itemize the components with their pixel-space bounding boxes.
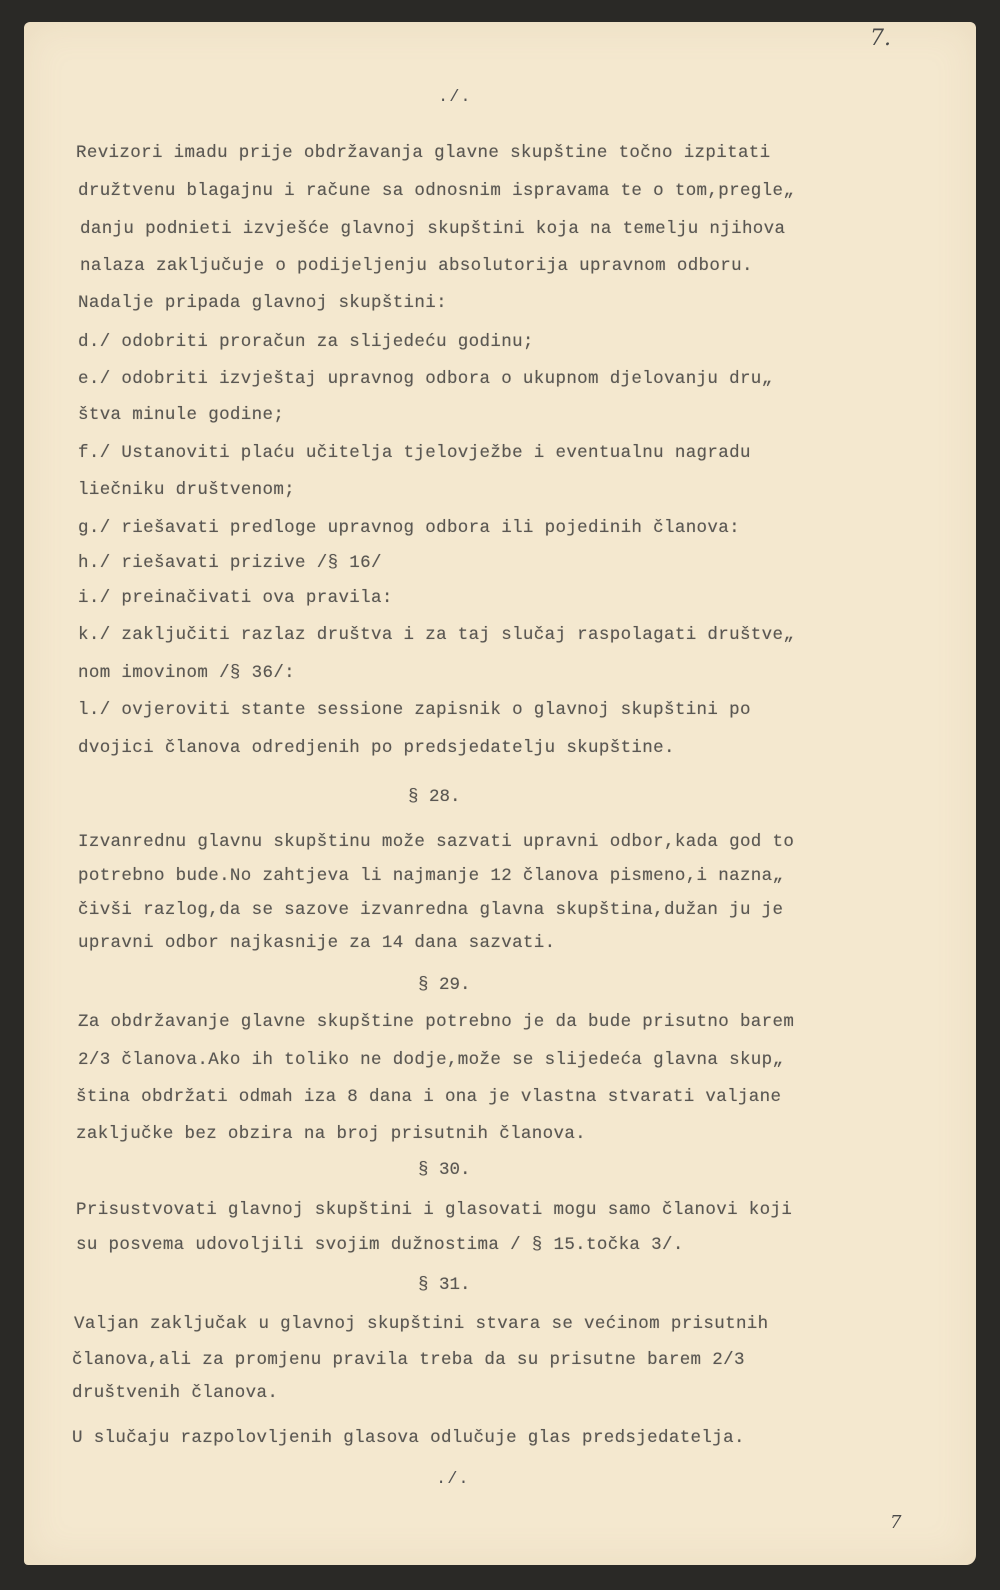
intro-line: danju podnieti izvješće glavnoj skupštin… (80, 219, 785, 239)
intro-line: družtvenu blagajnu i račune sa odnosnim … (78, 181, 794, 201)
section-29-line: zaključke bez obzira na broj prisutnih č… (76, 1124, 586, 1144)
item-e: e./ odobriti izvještaj upravnog odbora o… (78, 369, 773, 389)
item-l: l./ ovjeroviti stante sessione zapisnik … (78, 700, 751, 720)
item-k: k./ zaključiti razlaz društva i za taj s… (78, 625, 794, 645)
section-30-line: Prisustvovati glavnoj skupštini i glasov… (76, 1200, 792, 1220)
item-k-cont: nom imovinom /§ 36/: (78, 663, 295, 683)
section-28-line: potrebno bude.No zahtjeva li najmanje 12… (78, 866, 783, 886)
section-heading-31: § 31. (418, 1275, 471, 1295)
item-h: h./ riešavati prizive /§ 16/ (78, 553, 382, 573)
section-heading-30: § 30. (418, 1160, 471, 1180)
intro-line: Revizori imadu prije obdržavanja glavne … (76, 143, 771, 163)
continuation-mark-bottom: ./. (436, 1470, 470, 1489)
item-l-cont: dvojici članova odredjenih po predsjedat… (78, 738, 675, 758)
section-heading-28: § 28. (408, 787, 461, 807)
page-number-top: 7. (870, 26, 891, 51)
section-31-line: društvenih članova. (72, 1383, 278, 1403)
section-30-line: su posvema udovoljili svojim dužnostima … (76, 1235, 684, 1255)
section-29-line: Za obdržavanje glavne skupštine potrebno… (78, 1012, 794, 1032)
item-g: g./ riešavati predloge upravnog odbora i… (78, 518, 740, 538)
section-31-line: članova,ali za promjenu pravila treba da… (72, 1350, 745, 1370)
section-29-line: 2/3 članova.Ako ih toliko ne dodje,može … (78, 1050, 783, 1070)
item-f: f./ Ustanoviti plaću učitelja tjelovježb… (78, 443, 751, 463)
section-29-line: ština obdržati odmah iza 8 dana i ona je… (76, 1087, 781, 1107)
page-number-bottom: 7 (890, 1512, 901, 1533)
section-28-line: čivši razlog,da se sazove izvanredna gla… (78, 900, 783, 920)
intro-line: nalaza zaključuje o podijeljenju absolut… (80, 256, 753, 276)
section-31-line: Valjan zaključak u glavnoj skupštini stv… (74, 1314, 769, 1334)
section-heading-29: § 29. (418, 975, 471, 995)
section-28-line: upravni odbor najkasnije za 14 dana sazv… (78, 933, 555, 953)
section-31-line: U slučaju razpolovljenih glasova odlučuj… (72, 1428, 745, 1448)
item-d: d./ odobriti proračun za slijedeću godin… (78, 332, 534, 352)
item-f-cont: liečniku društvenom; (78, 480, 295, 500)
intro-line: Nadalje pripada glavnoj skupštini: (78, 293, 447, 313)
item-i: i./ preinačivati ova pravila: (78, 588, 393, 608)
section-28-line: Izvanrednu glavnu skupštinu može sazvati… (78, 832, 794, 852)
continuation-mark-top: ./. (438, 88, 472, 107)
item-e-cont: štva minule godine; (78, 405, 284, 425)
